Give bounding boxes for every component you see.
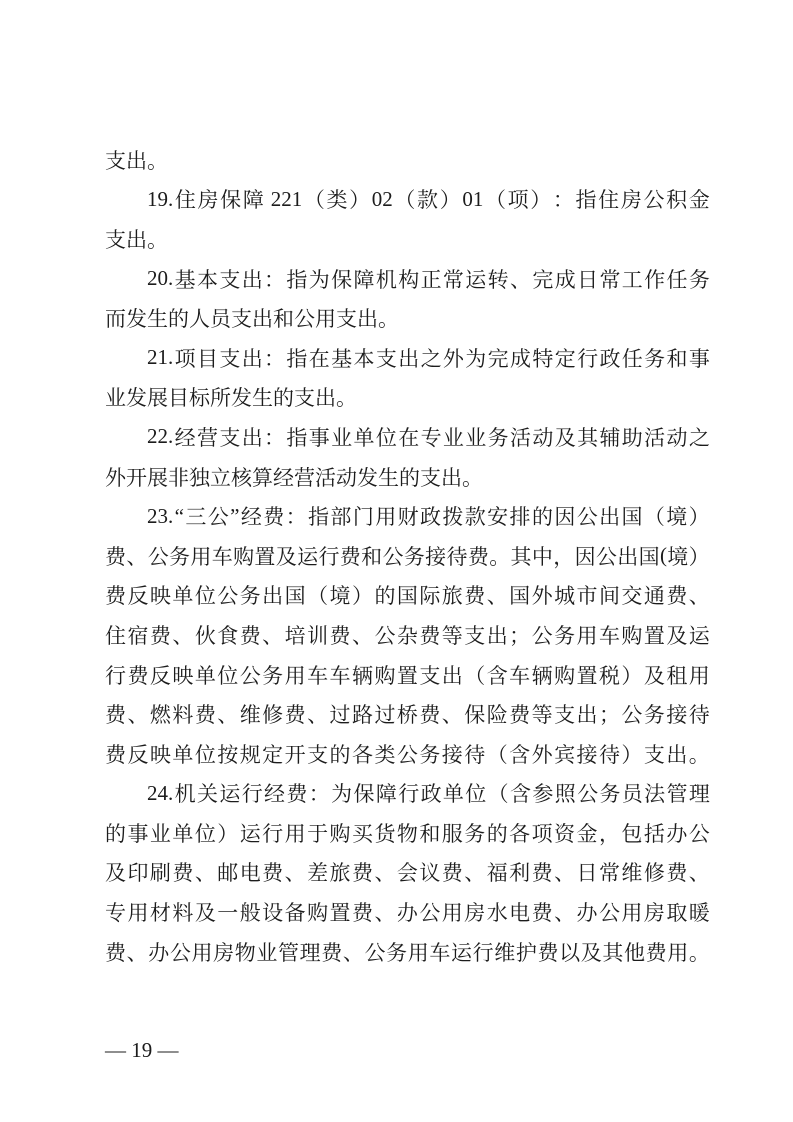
text-line: 24.机关运行经费：为保障行政单位（含参照公务员法管理 [105,774,710,814]
text-line: 行费反映单位公务用车车辆购置支出（含车辆购置税）及租用 [105,655,710,695]
text-line: 20.基本支出：指为保障机构正常运转、完成日常工作任务 [105,259,710,299]
text-line: 费、燃料费、维修费、过路过桥费、保险费等支出；公务接待 [105,694,710,734]
text-line: 而发生的人员支出和公用支出。 [105,298,710,338]
text-line: 支出。 [105,219,710,259]
text-line: 费、办公用房物业管理费、公务用车运行维护费以及其他费用。 [105,932,710,972]
text-line: 费、公务用车购置及运行费和公务接待费。其中，因公出国(境） [105,536,710,576]
text-line: 22.经营支出：指事业单位在专业业务活动及其辅助活动之 [105,417,710,457]
document-page: 支出。19.住房保障 221（类）02（款）01（项）：指住房公积金支出。20.… [0,0,793,1122]
text-block: 支出。19.住房保障 221（类）02（款）01（项）：指住房公积金支出。20.… [105,140,710,971]
text-line: 费反映单位按规定开支的各类公务接待（含外宾接待）支出。 [105,734,710,774]
text-line: 业发展目标所发生的支出。 [105,378,710,418]
text-line: 外开展非独立核算经营活动发生的支出。 [105,457,710,497]
text-line: 23.“三公”经费：指部门用财政拨款安排的因公出国（境） [105,496,710,536]
text-line: 费反映单位公务出国（境）的国际旅费、国外城市间交通费、 [105,576,710,616]
text-line: 19.住房保障 221（类）02（款）01（项）：指住房公积金 [105,180,710,220]
text-line: 支出。 [105,140,710,180]
text-line: 21.项目支出：指在基本支出之外为完成特定行政任务和事 [105,338,710,378]
text-line: 的事业单位）运行用于购买货物和服务的各项资金，包括办公 [105,813,710,853]
text-line: 住宿费、伙食费、培训费、公杂费等支出；公务用车购置及运 [105,615,710,655]
text-line: 专用材料及一般设备购置费、办公用房水电费、办公用房取暖 [105,892,710,932]
page-number: — 19 — [105,1038,179,1063]
text-line: 及印刷费、邮电费、差旅费、会议费、福利费、日常维修费、 [105,853,710,893]
